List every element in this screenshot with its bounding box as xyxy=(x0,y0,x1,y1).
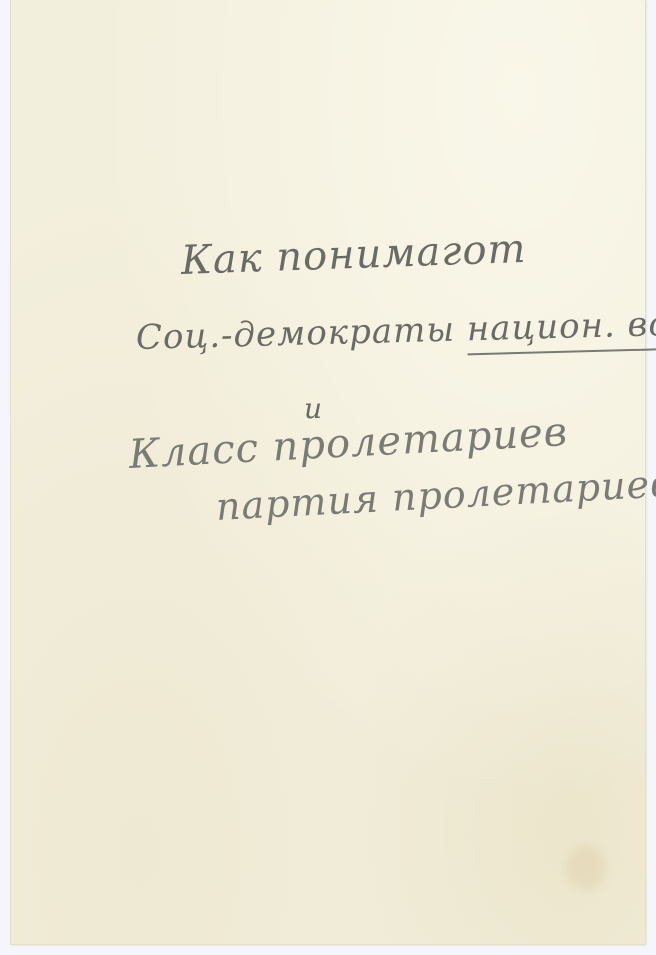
subtitle-line-1: Класс пролетариев xyxy=(128,409,569,478)
conjunction-text: и xyxy=(304,392,323,425)
title-line-2-underlined-text: национ. вопрос xyxy=(466,302,656,356)
title-line-1: Как понимагот xyxy=(180,226,527,284)
subtitle-line-1-text: Класс пролетариев xyxy=(128,409,569,478)
title-line-2: Соц.-демократы национ. вопрос xyxy=(135,302,656,358)
title-line-2-text: Соц.-демократы xyxy=(135,309,467,358)
paper-stain xyxy=(566,845,606,890)
subtitle-line-2: партия пролетариев xyxy=(215,461,656,529)
conjunction-line: и xyxy=(304,392,323,425)
manuscript-page: Как понимагот Соц.-демократы национ. воп… xyxy=(11,0,645,944)
title-line-1-text: Как понимагот xyxy=(180,226,527,284)
subtitle-line-2-text: партия пролетариев xyxy=(215,461,656,529)
